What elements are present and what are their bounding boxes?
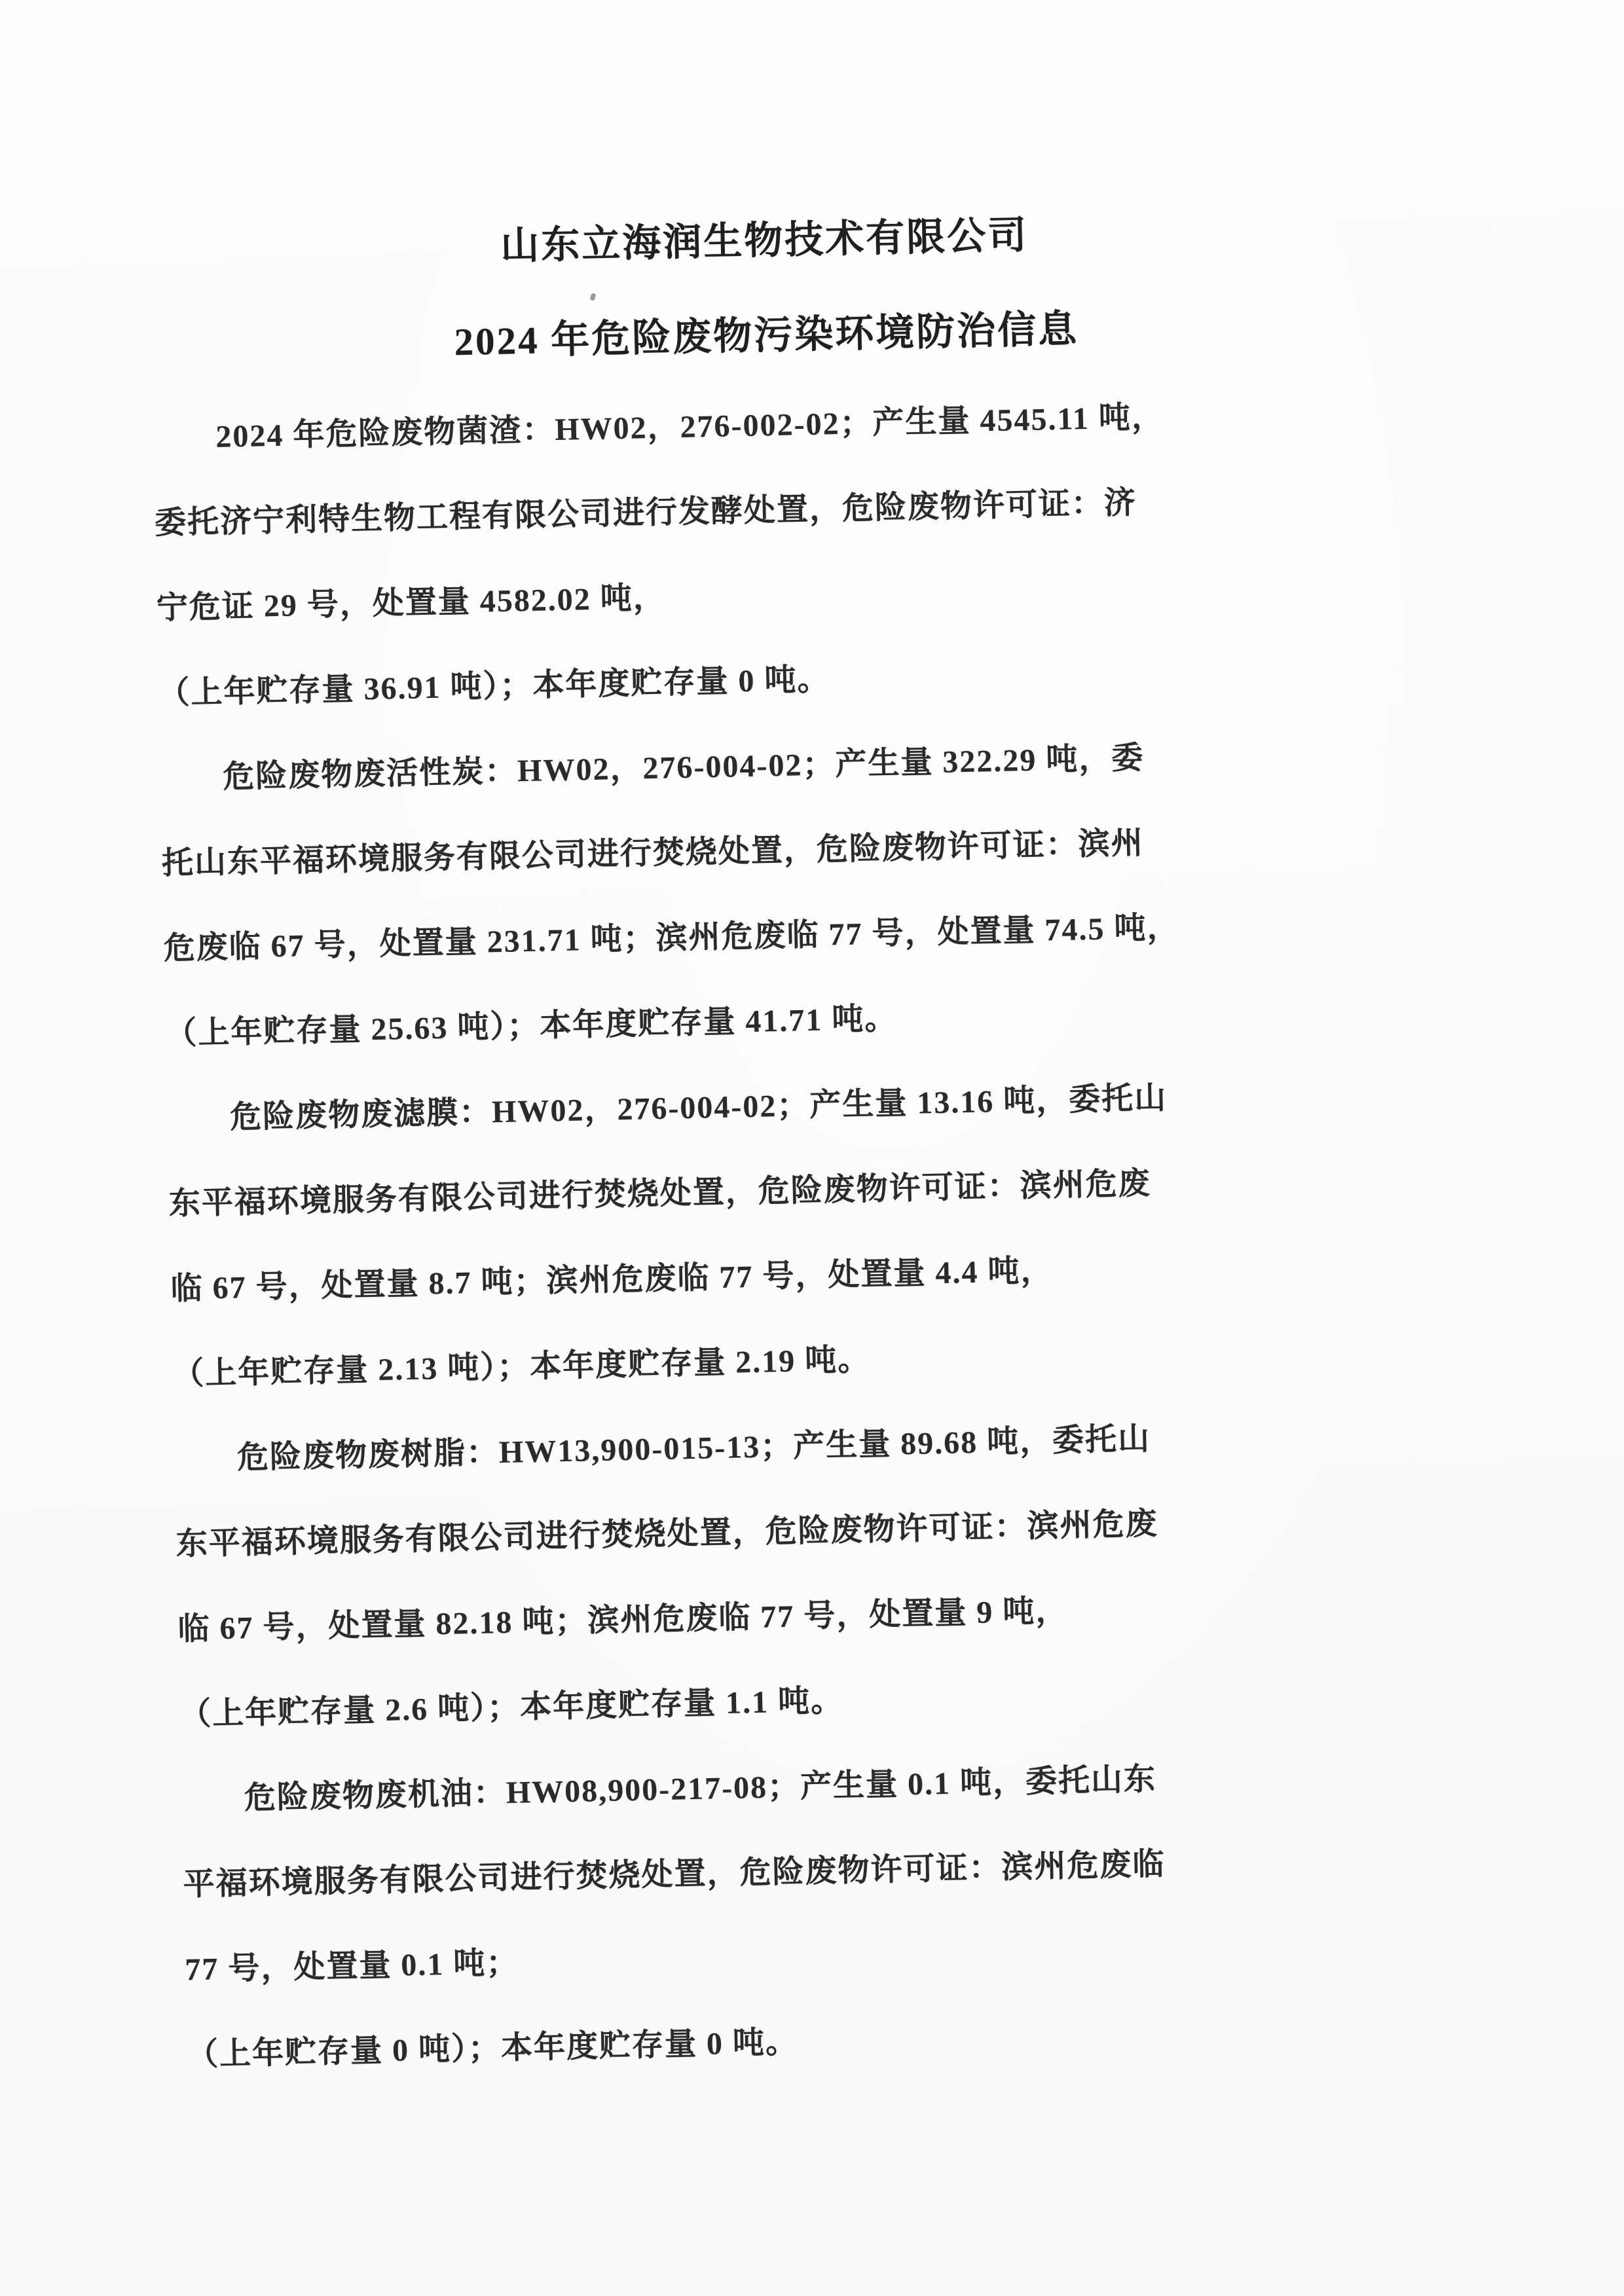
document-sheet: 山东立海润生物技术有限公司 2024 年危险废物污染环境防治信息 2024 年危… — [148, 181, 1418, 2098]
document-body: 2024 年危险废物菌渣：HW02，276-002-02；产生量 4545.11… — [152, 371, 1418, 2098]
scanned-document-page: 山东立海润生物技术有限公司 2024 年危险废物污染环境防治信息 2024 年危… — [0, 0, 1624, 2296]
